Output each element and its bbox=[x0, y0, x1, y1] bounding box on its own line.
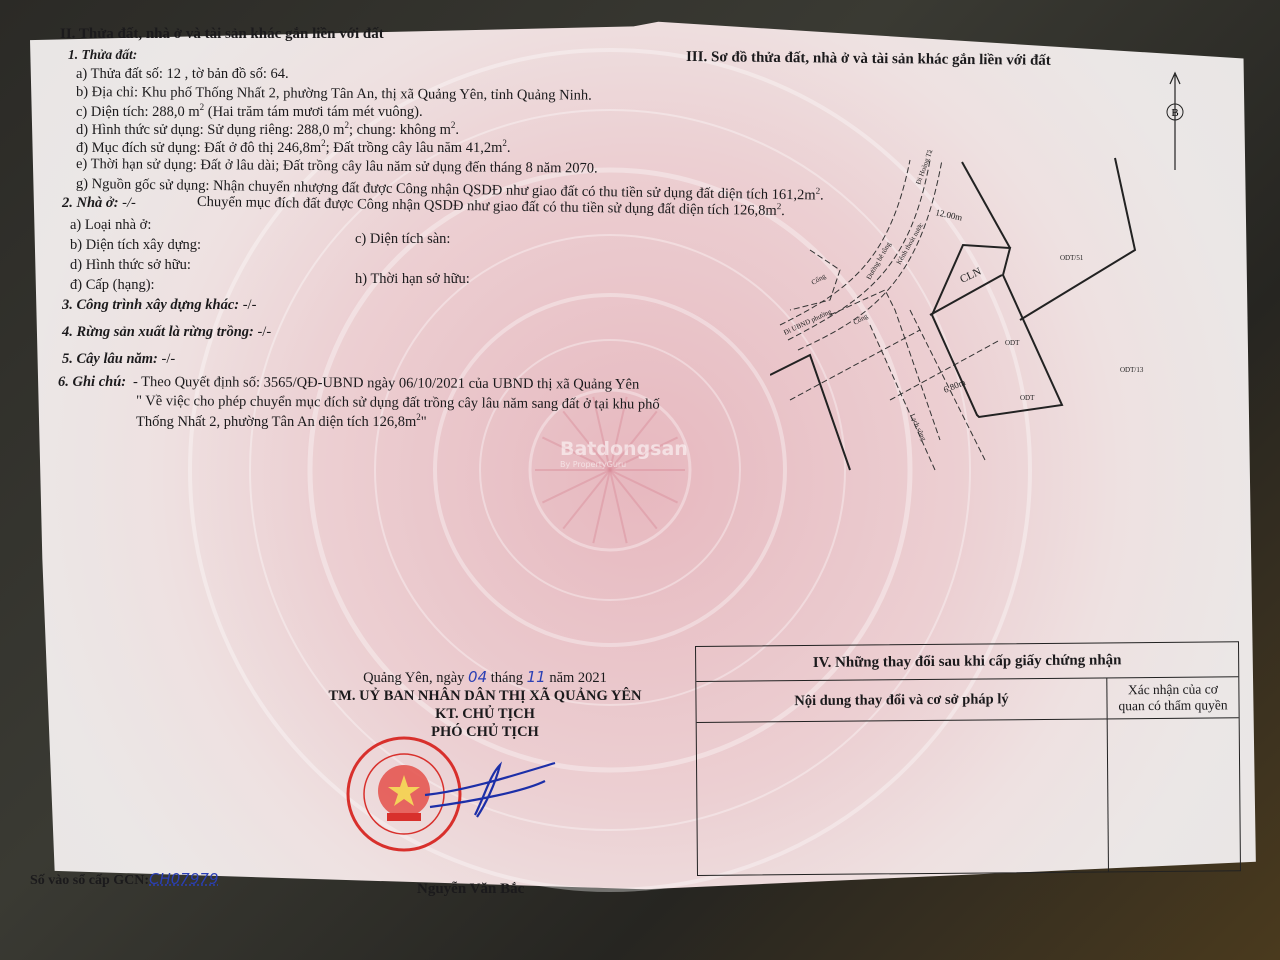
house-floor-area-label: c) Diện tích sàn: bbox=[355, 232, 450, 247]
perennial-trees: 5. Cây lâu năm: -/- bbox=[62, 352, 175, 367]
svg-text:Đi Hoàng Tân: Đi Hoàng Tân bbox=[914, 150, 935, 186]
house-ownership-label: d) Hình thức sở hữu: bbox=[70, 258, 191, 273]
house-grade-label: đ) Cấp (hạng): bbox=[70, 278, 155, 293]
notes-heading: 6. Ghi chú: bbox=[58, 375, 126, 390]
parcel-diagram: ODT ODT ODT/51 ODT/13 CLN 12.00m 6.80m Đ… bbox=[770, 150, 1170, 480]
issuing-org: TM. UỶ BAN NHÂN DÂN THỊ XÃ QUẢNG YÊN bbox=[300, 687, 670, 705]
handwritten-signature bbox=[405, 755, 565, 835]
house-heading: 2. Nhà ở: -/- bbox=[62, 196, 136, 211]
svg-text:ODT/13: ODT/13 bbox=[1120, 366, 1144, 374]
house-ownership-term-label: h) Thời hạn sở hữu: bbox=[355, 272, 470, 287]
usage-form: d) Hình thức sử dụng: Sử dụng riêng: 288… bbox=[76, 121, 459, 137]
house-type-label: a) Loại nhà ở: bbox=[70, 218, 151, 233]
svg-text:12.00m: 12.00m bbox=[935, 207, 964, 222]
svg-text:B: B bbox=[1171, 107, 1178, 119]
notes-line-1: - Theo Quyết định số: 3565/QĐ-UBND ngày … bbox=[133, 375, 639, 392]
changes-table: IV. Những thay đổi sau khi cấp giấy chứn… bbox=[695, 641, 1241, 876]
house-build-area-label: b) Diện tích xây dựng: bbox=[70, 238, 201, 253]
issue-date: Quảng Yên, ngày 04 tháng 11 năm 2021 bbox=[300, 668, 670, 687]
section-4-title: IV. Những thay đổi sau khi cấp giấy chứn… bbox=[696, 642, 1238, 682]
svg-text:6.80m: 6.80m bbox=[942, 377, 967, 395]
signature-block: Quảng Yên, ngày 04 tháng 11 năm 2021 TM.… bbox=[300, 668, 670, 742]
table-column-divider bbox=[1107, 718, 1109, 871]
planted-forest: 4. Rừng sản xuất là rừng trồng: -/- bbox=[62, 325, 271, 340]
svg-text:Đi UBND phường: Đi UBND phường bbox=[782, 307, 833, 336]
signer-name: Nguyễn Văn Bắc bbox=[417, 882, 524, 897]
batdongsan-watermark: Batdongsan By PropertyGuru bbox=[560, 438, 688, 469]
svg-text:Cống: Cống bbox=[810, 272, 828, 287]
svg-text:ODT/51: ODT/51 bbox=[1060, 254, 1084, 262]
changes-column-approval: Xác nhận của cơ quan có thẩm quyền bbox=[1107, 677, 1238, 718]
section-2-title: II. Thửa đất, nhà ở và tài sản khác gắn … bbox=[60, 27, 384, 42]
svg-text:ODT: ODT bbox=[1020, 394, 1035, 402]
usage-purpose: đ) Mục đích sử dụng: Đất ở đô thị 246,8m… bbox=[76, 139, 511, 155]
notes-line-3: Thống Nhất 2, phường Tân An diện tích 12… bbox=[136, 413, 427, 429]
changes-column-content: Nội dung thay đổi và cơ sở pháp lý bbox=[696, 678, 1107, 722]
svg-text:CLN: CLN bbox=[958, 266, 983, 286]
svg-text:Cống: Cống bbox=[852, 312, 870, 327]
parcel-address: b) Địa chỉ: Khu phố Thống Nhất 2, phường… bbox=[76, 85, 592, 103]
signer-role-1: KT. CHỦ TỊCH bbox=[300, 705, 670, 723]
registry-number: Số vào sổ cấp GCN:CH07979 bbox=[30, 872, 219, 888]
svg-text:Lạch sông: Lạch sông bbox=[908, 412, 928, 442]
parcel-area: c) Diện tích: 288,0 m2 (Hai trăm tám mươ… bbox=[76, 103, 423, 119]
parcel-number: a) Thửa đất số: 12 , tờ bản đồ số: 64. bbox=[76, 67, 289, 82]
notes-line-2: " Về việc cho phép chuyển mục đích sử dụ… bbox=[136, 394, 660, 412]
parcel-heading: 1. Thửa đất: bbox=[68, 48, 137, 62]
other-construction: 3. Công trình xây dựng khác: -/- bbox=[62, 298, 256, 313]
svg-text:ODT: ODT bbox=[1005, 339, 1020, 347]
